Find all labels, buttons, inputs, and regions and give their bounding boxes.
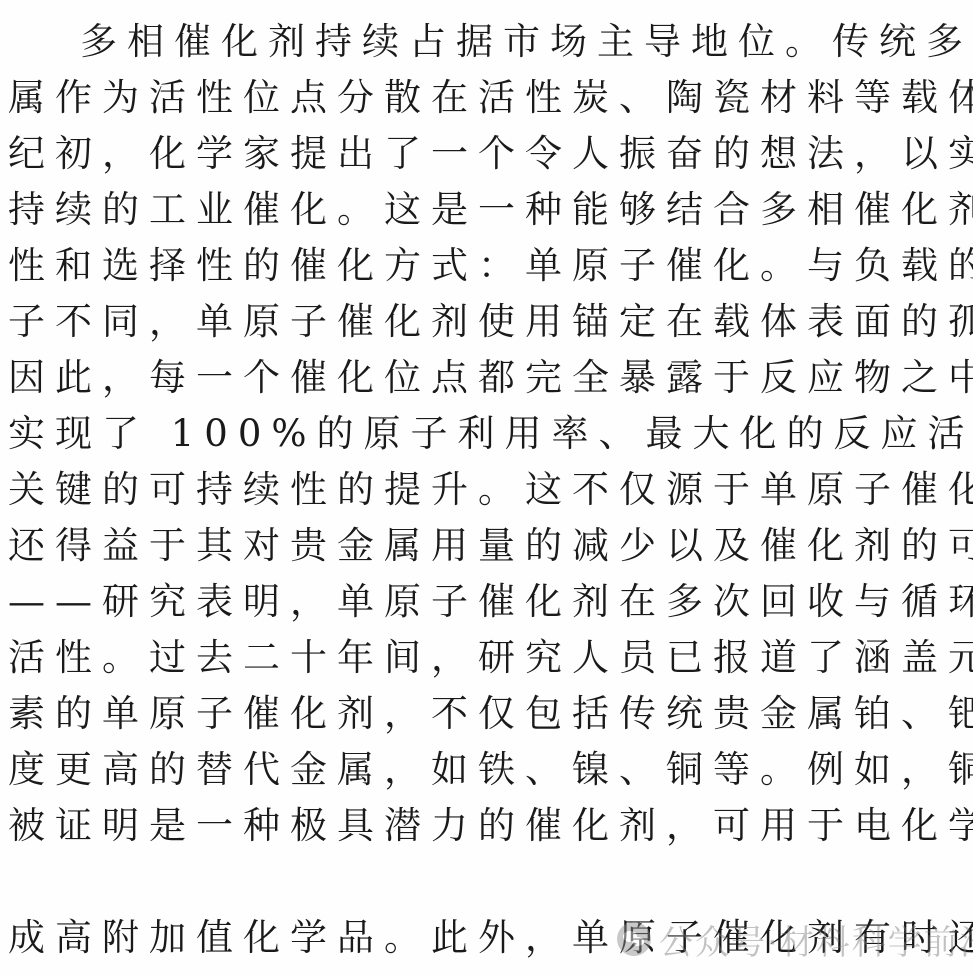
text-line-3: 纪初，化学家提出了一个令人振奋的想法，以实现更高效、更可 [8, 126, 968, 182]
text-line-10: 还得益于其对贵金属用量的减少以及催化剂的可循环性的提升 [8, 518, 968, 574]
text-line-15: 被证明是一种极具潜力的催化剂，可用于电化学转化二氧化碳生 [8, 798, 968, 854]
text-line-4: 持续的工业催化。这是一种能够结合多相催化剂能力与酶的精确 [8, 182, 968, 238]
text-line-16: 成高附加值化学品。此外，单原子催化剂有时还表现出不同于常 [8, 910, 968, 966]
text-line-14: 度更高的替代金属，如铁、镍、铜等。例如，铜单原子催化剂已 [8, 742, 968, 798]
text-line-2: 属作为活性位点分散在活性炭、陶瓷材料等载体上。然而在本世 [8, 70, 968, 126]
text-line-13: 素的单原子催化剂，不仅包括传统贵金属铂、钯、铑，也包括丰 [8, 686, 968, 742]
text-line-1: 多相催化剂持续占据市场主导地位。传统多相催化剂中，金 [80, 14, 968, 70]
text-line-5: 性和选择性的催化方式：单原子催化。与负载的原子簇或纳米粒 [8, 238, 968, 294]
text-line-11: ——研究表明，单原子催化剂在多次回收与循环反应后仍能保持 [8, 574, 968, 630]
text-line-9: 关键的可持续性的提升。这不仅源于单原子催化剂更高的效率， [8, 462, 968, 518]
document-page: 多相催化剂持续占据市场主导地位。传统多相催化剂中，金 属作为活性位点分散在活性炭… [0, 0, 973, 976]
text-line-8: 实现了 100%的原子利用率、最大化的反应活性，以及或许更为 [8, 406, 968, 462]
text-line-7: 因此，每一个催化位点都完全暴露于反应物之中，从而在理论上 [8, 350, 968, 406]
text-line-6: 子不同，单原子催化剂使用锚定在载体表面的孤立的单个原子。 [8, 294, 968, 350]
text-line-12: 活性。过去二十年间，研究人员已报道了涵盖元素周期表多种元 [8, 630, 968, 686]
